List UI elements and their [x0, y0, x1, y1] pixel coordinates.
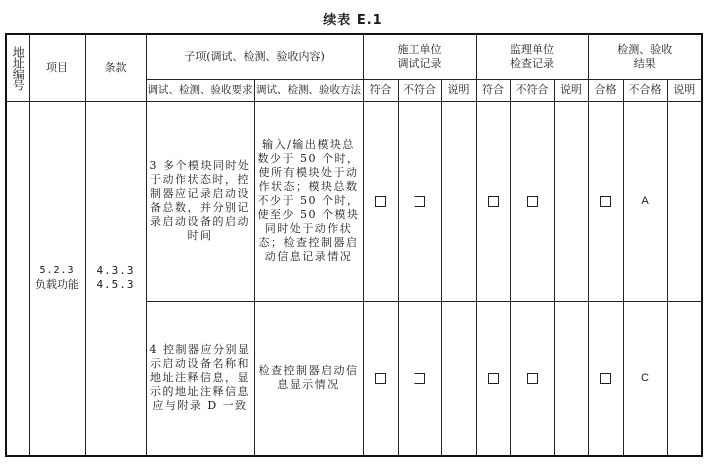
header-supervision-line2: 检查记录 [477, 57, 588, 71]
supervision-conform-cell[interactable] [476, 301, 510, 456]
header-inspection-pass: 合格 [588, 79, 623, 101]
header-clause: 条款 [85, 34, 146, 101]
header-address-no-text: 地址编号 [11, 46, 24, 90]
header-inspection-note: 说明 [667, 79, 702, 101]
header-construction-line2: 调试记录 [364, 57, 476, 71]
header-address-no: 地址编号 [6, 34, 29, 101]
header-inspection-group: 检测、验收 结果 [588, 34, 702, 79]
method-cell: 检查控制器启动信息显示情况 [254, 301, 363, 456]
table-title: 续表 E.1 [0, 9, 706, 28]
construction-note-cell[interactable] [441, 301, 476, 456]
header-inspection-fail: 不合格 [623, 79, 667, 101]
header-construction-note: 说明 [441, 79, 476, 101]
inspection-record-table: 地址编号 项目 条款 子项(调试、检测、验收内容) 施工单位 调试记录 监理单位… [5, 33, 703, 457]
inspection-fail-cell[interactable]: A [623, 101, 667, 301]
header-item: 项目 [29, 34, 85, 101]
construction-conform-cell[interactable] [363, 301, 398, 456]
header-requirement: 调试、检测、验收要求 [146, 79, 254, 101]
supervision-nonconform-cell[interactable] [510, 101, 554, 301]
checkbox-icon[interactable] [375, 196, 386, 207]
requirement-text: 4 控制器应分别显示启动设备名称和地址注释信息，显示的地址注释信息应与附录 D … [150, 343, 251, 412]
header-supervision-conform: 符合 [476, 79, 510, 101]
table-row: 5.2.3 负载功能 4.3.3 4.5.3 3 多个模块同时处于动作状态时，控… [6, 101, 702, 301]
header-supervision-note: 说明 [554, 79, 588, 101]
header-subitem: 子项(调试、检测、验收内容) [146, 34, 363, 79]
requirement-text: 3 多个模块同时处于动作状态时，控制器应记录启动设备总数，并分别记录启动设备的启… [150, 159, 251, 242]
header-construction-nonconform: 不符合 [398, 79, 441, 101]
construction-nonconform-cell[interactable] [398, 101, 441, 301]
checkbox-icon[interactable] [600, 373, 611, 384]
inspection-note-cell[interactable] [667, 301, 702, 456]
supervision-nonconform-cell[interactable] [510, 301, 554, 456]
inspection-fail-cell[interactable]: C [623, 301, 667, 456]
inspection-pass-cell[interactable] [588, 101, 623, 301]
header-supervision-line1: 监理单位 [477, 43, 588, 57]
checkbox-icon[interactable] [488, 196, 499, 207]
clause-1: 4.3.3 [86, 264, 146, 278]
item-name: 负载功能 [30, 278, 85, 292]
checkbox-icon[interactable] [375, 373, 386, 384]
header-supervision-group: 监理单位 检查记录 [476, 34, 588, 79]
construction-note-cell[interactable] [441, 101, 476, 301]
header-construction-line1: 施工单位 [364, 43, 476, 57]
inspection-note-cell[interactable] [667, 101, 702, 301]
clause-2: 4.5.3 [86, 278, 146, 292]
construction-conform-cell[interactable] [363, 101, 398, 301]
header-method: 调试、检测、验收方法 [254, 79, 363, 101]
supervision-conform-cell[interactable] [476, 101, 510, 301]
checkbox-icon[interactable] [488, 373, 499, 384]
method-text: 检查控制器启动信息显示情况 [259, 364, 359, 391]
construction-nonconform-cell[interactable] [398, 301, 441, 456]
header-construction-conform: 符合 [363, 79, 398, 101]
checkbox-icon[interactable] [527, 373, 538, 384]
item-cell: 5.2.3 负载功能 [29, 101, 85, 456]
header-inspection-line1: 检测、验收 [589, 43, 702, 57]
checkbox-icon[interactable] [414, 373, 425, 384]
header-inspection-line2: 结果 [589, 57, 702, 71]
requirement-cell: 4 控制器应分别显示启动设备名称和地址注释信息，显示的地址注释信息应与附录 D … [146, 301, 254, 456]
method-cell: 输入/输出模块总数少于 50 个时，使所有模块处于动作状态；模块总数不少于 50… [254, 101, 363, 301]
address-no-cell [6, 101, 29, 456]
inspection-pass-cell[interactable] [588, 301, 623, 456]
checkbox-icon[interactable] [600, 196, 611, 207]
clause-cell: 4.3.3 4.5.3 [85, 101, 146, 456]
requirement-cell: 3 多个模块同时处于动作状态时，控制器应记录启动设备总数，并分别记录启动设备的启… [146, 101, 254, 301]
header-construction-group: 施工单位 调试记录 [363, 34, 476, 79]
checkbox-icon[interactable] [527, 196, 538, 207]
header-supervision-nonconform: 不符合 [510, 79, 554, 101]
method-text: 输入/输出模块总数少于 50 个时，使所有模块处于动作状态；模块总数不少于 50… [258, 138, 360, 263]
supervision-note-cell[interactable] [554, 101, 588, 301]
supervision-note-cell[interactable] [554, 301, 588, 456]
item-code: 5.2.3 [30, 264, 85, 278]
checkbox-icon[interactable] [414, 196, 425, 207]
